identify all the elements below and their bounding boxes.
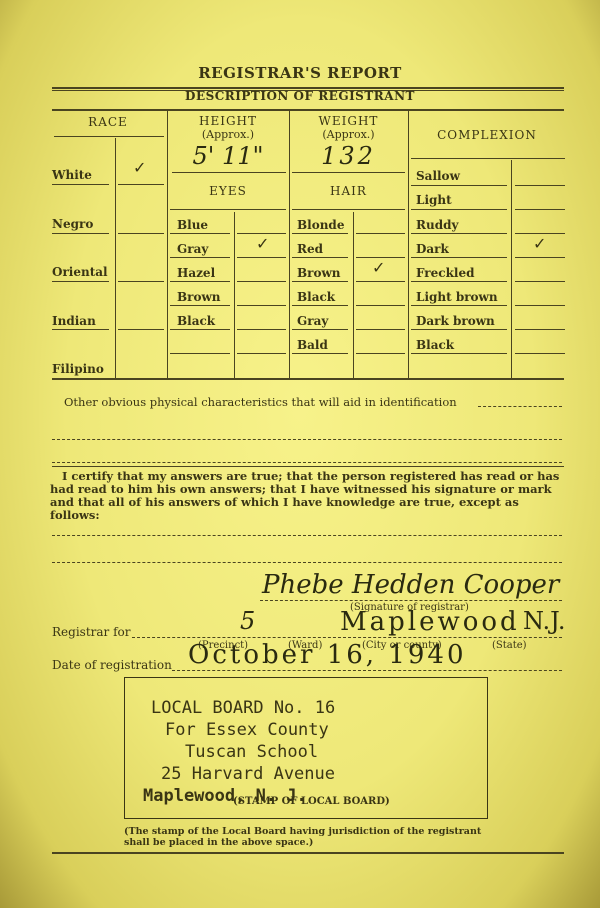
- weight-header-group: WEIGHT (Approx.): [290, 115, 407, 141]
- rule: [52, 281, 109, 282]
- hair-black-label: Black: [297, 290, 335, 304]
- state-caption: (State): [492, 640, 527, 651]
- rule: [170, 209, 286, 210]
- rule: [237, 353, 286, 354]
- rule: [118, 281, 164, 282]
- rule: [170, 257, 230, 258]
- eyes-header: EYES: [168, 184, 288, 198]
- race-filipino-label: Filipino: [52, 362, 104, 376]
- rule: [411, 281, 507, 282]
- rule: [170, 329, 230, 330]
- grid-line: [115, 138, 116, 378]
- registrar-for-label: Registrar for: [52, 625, 130, 639]
- weight-header: WEIGHT: [290, 115, 407, 128]
- rule: [52, 329, 109, 330]
- height-header-group: HEIGHT (Approx.): [168, 115, 288, 141]
- rule: [411, 185, 507, 186]
- rule: [356, 353, 405, 354]
- rule: [411, 158, 565, 159]
- complexion-freckled-label: Freckled: [416, 266, 474, 280]
- registrar-for-line: [132, 637, 562, 638]
- rule: [356, 305, 405, 306]
- other-characteristics-label: Other obvious physical characteristics t…: [64, 395, 457, 409]
- rule: [292, 329, 348, 330]
- date-label: Date of registration: [52, 658, 172, 672]
- rule: [411, 329, 507, 330]
- rule: [118, 329, 164, 330]
- eyes-hazel-label: Hazel: [177, 266, 215, 280]
- form-title: REGISTRAR'S REPORT: [0, 64, 600, 82]
- eyes-brown-label: Brown: [177, 290, 221, 304]
- rule: [292, 233, 348, 234]
- eyes-black-label: Black: [177, 314, 215, 328]
- subtitle-divider: [52, 109, 564, 111]
- rule: [237, 305, 286, 306]
- rule: [411, 305, 507, 306]
- stamp-note: (The stamp of the Local Board having jur…: [124, 826, 494, 848]
- rule: [118, 233, 164, 234]
- certification-text: I certify that my answers are true; that…: [50, 470, 565, 522]
- hair-brown-checkbox[interactable]: ✓: [372, 258, 385, 277]
- exceptions-line-2[interactable]: [52, 562, 562, 563]
- exceptions-line[interactable]: [52, 535, 562, 536]
- complexion-dark-checkbox[interactable]: ✓: [533, 234, 546, 253]
- section-divider: [52, 466, 564, 467]
- rule: [411, 257, 507, 258]
- rule: [170, 305, 230, 306]
- rule: [292, 353, 348, 354]
- eyes-gray-checkbox[interactable]: ✓: [256, 234, 269, 253]
- grid-line: [511, 160, 512, 378]
- stamp-line-4: 25 Harvard Avenue: [161, 764, 335, 784]
- bottom-rule: [52, 852, 564, 854]
- hair-blonde-label: Blonde: [297, 218, 344, 232]
- complexion-dark-label: Dark: [416, 242, 449, 256]
- table-bottom-rule: [52, 378, 564, 380]
- date-value[interactable]: October 16, 1940: [188, 640, 466, 670]
- grid-line: [353, 212, 354, 378]
- stamp-caption: (STAMP OF LOCAL BOARD): [233, 796, 390, 807]
- rule: [356, 329, 405, 330]
- rule: [170, 233, 230, 234]
- complexion-light-label: Light: [416, 193, 452, 207]
- rule: [515, 209, 565, 210]
- race-white-checkbox[interactable]: ✓: [133, 158, 146, 177]
- complexion-ruddy-label: Ruddy: [416, 218, 458, 232]
- hair-gray-label: Gray: [297, 314, 328, 328]
- local-board-stamp-box: LOCAL BOARD No. 16 For Essex County Tusc…: [124, 677, 488, 819]
- stamp-line-1: LOCAL BOARD No. 16: [151, 698, 335, 718]
- registrar-report-card: REGISTRAR'S REPORT DESCRIPTION OF REGIST…: [0, 0, 600, 908]
- rule: [356, 233, 405, 234]
- hair-bald-label: Bald: [297, 338, 328, 352]
- registrar-signature[interactable]: Phebe Hedden Cooper: [262, 570, 559, 600]
- state-value[interactable]: N.J.: [523, 607, 565, 635]
- eyes-blue-label: Blue: [177, 218, 208, 232]
- date-line: [172, 670, 562, 671]
- stamp-line-2: For Essex County: [165, 720, 329, 740]
- other-characteristics-line-3[interactable]: [52, 462, 562, 463]
- signature-line: [260, 600, 562, 601]
- eyes-gray-label: Gray: [177, 242, 208, 256]
- hair-header: HAIR: [290, 184, 407, 198]
- grid-line: [234, 212, 235, 378]
- rule: [54, 136, 164, 137]
- rule: [237, 257, 286, 258]
- rule: [515, 305, 565, 306]
- rule: [292, 209, 405, 210]
- rule: [118, 184, 164, 185]
- grid-line: [408, 110, 409, 378]
- rule: [52, 184, 109, 185]
- rule: [411, 209, 507, 210]
- precinct-value[interactable]: 5: [240, 607, 255, 635]
- stamp-line-3: Tuscan School: [185, 742, 318, 762]
- hair-red-label: Red: [297, 242, 323, 256]
- complexion-light-brown-label: Light brown: [416, 290, 498, 304]
- rule: [170, 281, 230, 282]
- rule: [237, 281, 286, 282]
- rule: [411, 353, 507, 354]
- rule: [515, 353, 565, 354]
- complexion-sallow-label: Sallow: [416, 169, 460, 183]
- race-header: RACE: [52, 115, 164, 129]
- rule: [515, 185, 565, 186]
- height-value[interactable]: 5' 11": [168, 142, 288, 170]
- weight-value[interactable]: 132: [290, 142, 407, 170]
- rule: [515, 257, 565, 258]
- complexion-black-label: Black: [416, 338, 454, 352]
- hair-brown-label: Brown: [297, 266, 341, 280]
- height-header: HEIGHT: [168, 115, 288, 128]
- other-characteristics-line-2[interactable]: [52, 439, 562, 440]
- rule: [237, 329, 286, 330]
- height-approx: (Approx.): [168, 128, 288, 141]
- rule: [292, 257, 348, 258]
- rule: [170, 353, 230, 354]
- section-subtitle: DESCRIPTION OF REGISTRANT: [0, 89, 600, 103]
- weight-approx: (Approx.): [290, 128, 407, 141]
- city-value[interactable]: Maplewood: [340, 607, 520, 637]
- race-oriental-label: Oriental: [52, 265, 108, 279]
- rule: [172, 172, 286, 173]
- complexion-dark-brown-label: Dark brown: [416, 314, 495, 328]
- other-characteristics-field[interactable]: [478, 406, 562, 407]
- rule: [292, 281, 348, 282]
- rule: [52, 233, 109, 234]
- rule: [356, 281, 405, 282]
- complexion-header: COMPLEXION: [409, 128, 565, 142]
- rule: [292, 172, 405, 173]
- rule: [411, 233, 507, 234]
- rule: [292, 305, 348, 306]
- race-white-label: White: [52, 168, 92, 182]
- race-negro-label: Negro: [52, 217, 93, 231]
- rule: [515, 329, 565, 330]
- rule: [515, 281, 565, 282]
- race-indian-label: Indian: [52, 314, 96, 328]
